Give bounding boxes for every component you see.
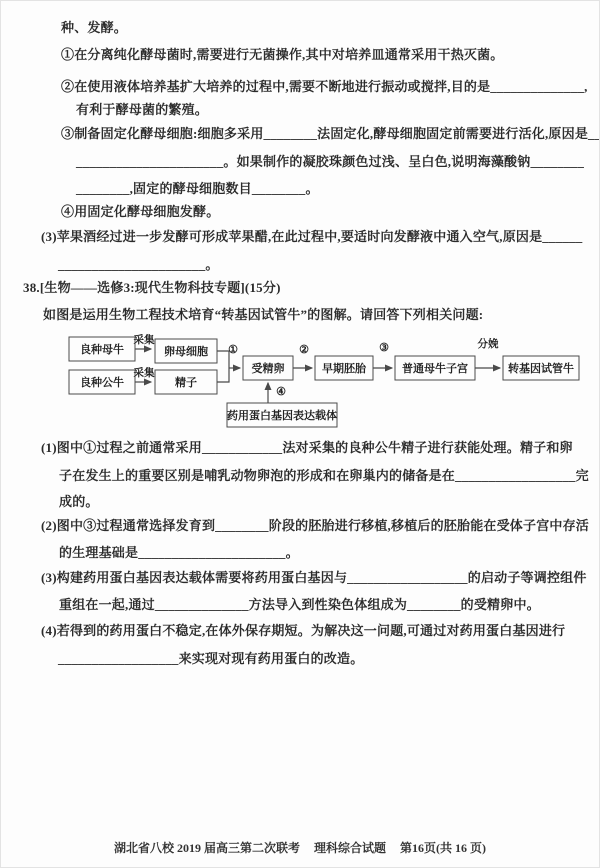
page-footer: 湖北省八校 2019 届高三第二次联考理科综合试题第16页(共 16 页) bbox=[1, 839, 599, 856]
text-line: 重组在一起,通过______________方法导入到性染色体组成为______… bbox=[59, 596, 540, 614]
node-embryo-label: 早期胚胎 bbox=[322, 361, 367, 375]
label-birth: 分娩 bbox=[477, 337, 499, 350]
question-38-title: 38.[生物——选修3:现代生物科技专题](15分) bbox=[23, 279, 281, 297]
transgenic-cattle-flow-diagram: 良种母牛 卵母细胞 良种公牛 精子 受精卵 早期胚胎 普通母牛子宫 转基因试管牛… bbox=[57, 331, 585, 433]
node-oocyte-label: 卵母细胞 bbox=[164, 344, 208, 358]
text-line: __________________来实现对现有药用蛋白的改造。 bbox=[58, 650, 363, 668]
node-zygote-label: 受精卵 bbox=[252, 361, 285, 375]
node-bull-label: 良种公牛 bbox=[80, 375, 124, 389]
node-donor-cow-label: 良种母牛 bbox=[80, 342, 124, 356]
text-line: ③制备固定化酵母细胞:细胞多采用________法固定化,酵母细胞固定前需要进行… bbox=[61, 125, 600, 143]
label-collect-sperm: 采集 bbox=[134, 366, 155, 379]
q38-item-1-line: (1)图中①过程之前通常采用____________法对采集的良种公牛精子进行获… bbox=[41, 439, 573, 457]
exam-page: 种、发酵。 ①在分离纯化酵母菌时,需要进行无菌操作,其中对培养皿通常采用干热灭菌… bbox=[0, 0, 600, 868]
q38-item-4-line: (4)若得到的药用蛋白不稳定,在体外保存期短。为解决这一问题,可通过对药用蛋白基… bbox=[41, 622, 565, 640]
label-step-1: ① bbox=[228, 344, 238, 356]
text-line: ②在使用液体培养基扩大培养的过程中,需要不断地进行振动或搅拌,目的是______… bbox=[61, 78, 588, 96]
node-calf-label: 转基因试管牛 bbox=[508, 361, 574, 375]
q38-item-2-line: (2)图中③过程通常选择发育到________阶段的胚胎进行移植,移植后的胚胎能… bbox=[41, 517, 589, 535]
text-line: ④用固定化酵母细胞发酵。 bbox=[61, 203, 219, 221]
node-uterus-label: 普通母牛子宫 bbox=[402, 361, 468, 375]
label-step-2: ② bbox=[299, 344, 309, 356]
text-line: 子在发生上的重要区别是哺乳动物卵泡的形成和在卵巢内的储备是在__________… bbox=[59, 467, 589, 485]
text-line: ______________________。 bbox=[58, 256, 219, 274]
text-line: ________,固定的酵母细胞数目________。 bbox=[76, 180, 319, 198]
text-line: ①在分离纯化酵母菌时,需要进行无菌操作,其中对培养皿通常采用干热灭菌。 bbox=[61, 46, 504, 64]
label-step-3: ③ bbox=[379, 342, 389, 354]
text-line: 成的。 bbox=[59, 493, 99, 511]
footer-page-number: 第16页(共 16 页) bbox=[400, 841, 486, 855]
text-line: 的生理基础是______________________。 bbox=[59, 544, 299, 562]
footer-subject: 理科综合试题 bbox=[314, 841, 386, 855]
question-3-line: (3)苹果酒经过进一步发酵可形成苹果醋,在此过程中,要适时向发酵液中通入空气,原… bbox=[41, 228, 583, 246]
text-line: ______________________。如果制作的凝胶珠颜色过浅、呈白色,… bbox=[76, 153, 584, 171]
text-line: 有利于酵母菌的繁殖。 bbox=[76, 101, 208, 119]
question-38-intro: 如图是运用生物工程技术培育“转基因试管牛”的图解。请回答下列相关问题: bbox=[43, 306, 483, 324]
q38-item-3-line: (3)构建药用蛋白基因表达载体需要将药用蛋白基因与_______________… bbox=[41, 569, 587, 587]
node-sperm-label: 精子 bbox=[174, 375, 197, 389]
label-step-4: ④ bbox=[276, 386, 286, 398]
footer-exam-name: 湖北省八校 2019 届高三第二次联考 bbox=[114, 841, 300, 855]
node-vector-label: 药用蛋白基因表达载体 bbox=[227, 408, 337, 422]
text-line: 种、发酵。 bbox=[61, 19, 127, 37]
label-collect-oocyte: 采集 bbox=[134, 333, 155, 346]
